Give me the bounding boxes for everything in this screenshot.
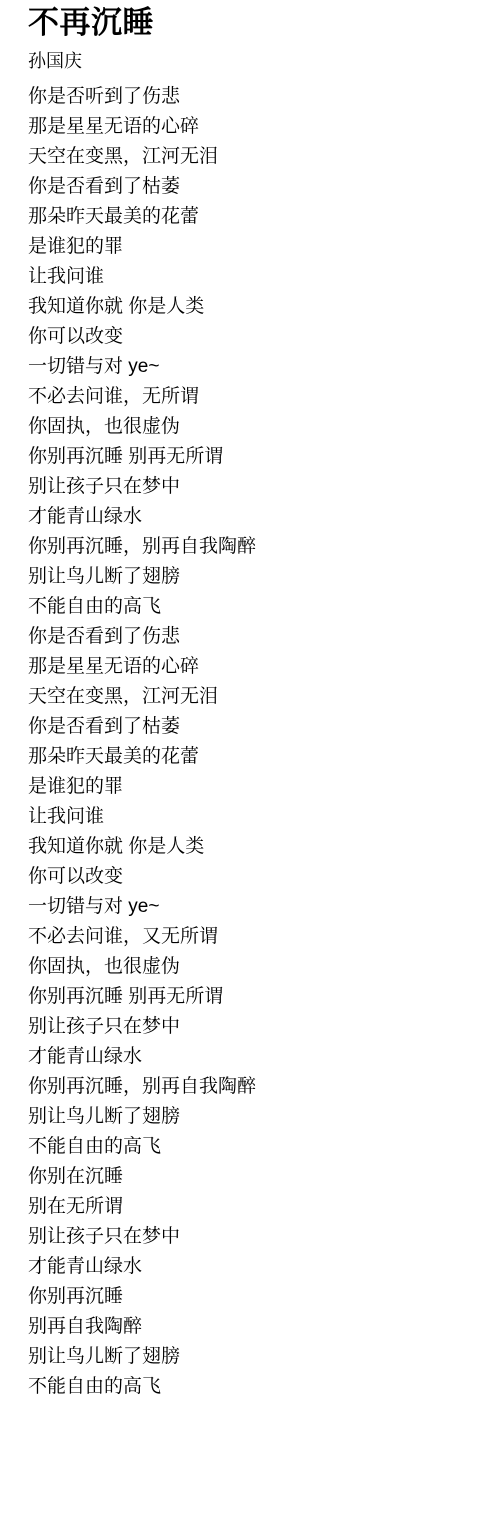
- lyric-line: 一切错与对 ye~: [28, 892, 480, 922]
- lyric-line: 才能青山绿水: [28, 502, 480, 532]
- lyrics-block: 你是否听到了伤悲那是星星无语的心碎天空在变黑，江河无泪你是否看到了枯萎那朵昨天最…: [28, 82, 480, 1402]
- lyric-line: 别让孩子只在梦中: [28, 1012, 480, 1042]
- lyric-line: 你是否看到了枯萎: [28, 712, 480, 742]
- lyric-line: 你是否听到了伤悲: [28, 82, 480, 112]
- lyric-line: 别在无所谓: [28, 1192, 480, 1222]
- lyric-line: 那朵昨天最美的花蕾: [28, 202, 480, 232]
- lyric-line: 你别再沉睡 别再无所谓: [28, 442, 480, 472]
- lyric-line: 那是星星无语的心碎: [28, 652, 480, 682]
- lyric-line: 你可以改变: [28, 322, 480, 352]
- lyric-line: 你固执，也很虚伪: [28, 412, 480, 442]
- lyric-line: 不能自由的高飞: [28, 592, 480, 622]
- lyric-line: 是谁犯的罪: [28, 772, 480, 802]
- lyric-line: 别让孩子只在梦中: [28, 472, 480, 502]
- artist-name: 孙国庆: [28, 50, 480, 72]
- lyric-line: 才能青山绿水: [28, 1042, 480, 1072]
- lyric-line: 你固执，也很虚伪: [28, 952, 480, 982]
- lyric-line: 那是星星无语的心碎: [28, 112, 480, 142]
- lyric-line: 一切错与对 ye~: [28, 352, 480, 382]
- lyric-line: 不必去问谁，无所谓: [28, 382, 480, 412]
- lyric-line: 我知道你就 你是人类: [28, 292, 480, 322]
- lyric-line: 天空在变黑，江河无泪: [28, 682, 480, 712]
- lyric-line: 你别再沉睡 别再无所谓: [28, 982, 480, 1012]
- lyric-line: 别让鸟儿断了翅膀: [28, 1342, 480, 1372]
- lyric-line: 别让鸟儿断了翅膀: [28, 562, 480, 592]
- lyric-line: 别让孩子只在梦中: [28, 1222, 480, 1252]
- lyric-line: 是谁犯的罪: [28, 232, 480, 262]
- lyric-line: 别让鸟儿断了翅膀: [28, 1102, 480, 1132]
- lyric-line: 你是否看到了伤悲: [28, 622, 480, 652]
- song-title: 不再沉睡: [28, 4, 480, 43]
- lyric-line: 不能自由的高飞: [28, 1372, 480, 1402]
- lyric-line: 我知道你就 你是人类: [28, 832, 480, 862]
- lyric-line: 你别再沉睡，别再自我陶醉: [28, 1072, 480, 1102]
- lyrics-page: 不再沉睡 孙国庆 你是否听到了伤悲那是星星无语的心碎天空在变黑，江河无泪你是否看…: [0, 0, 500, 1540]
- lyric-line: 让我问谁: [28, 802, 480, 832]
- lyric-line: 你别再沉睡，别再自我陶醉: [28, 532, 480, 562]
- lyric-line: 你别再沉睡: [28, 1282, 480, 1312]
- lyric-line: 才能青山绿水: [28, 1252, 480, 1282]
- lyric-line: 天空在变黑，江河无泪: [28, 142, 480, 172]
- lyric-line: 不能自由的高飞: [28, 1132, 480, 1162]
- lyric-line: 你可以改变: [28, 862, 480, 892]
- lyric-line: 那朵昨天最美的花蕾: [28, 742, 480, 772]
- lyric-line: 你别在沉睡: [28, 1162, 480, 1192]
- lyric-line: 让我问谁: [28, 262, 480, 292]
- lyric-line: 你是否看到了枯萎: [28, 172, 480, 202]
- lyric-line: 不必去问谁，又无所谓: [28, 922, 480, 952]
- lyric-line: 别再自我陶醉: [28, 1312, 480, 1342]
